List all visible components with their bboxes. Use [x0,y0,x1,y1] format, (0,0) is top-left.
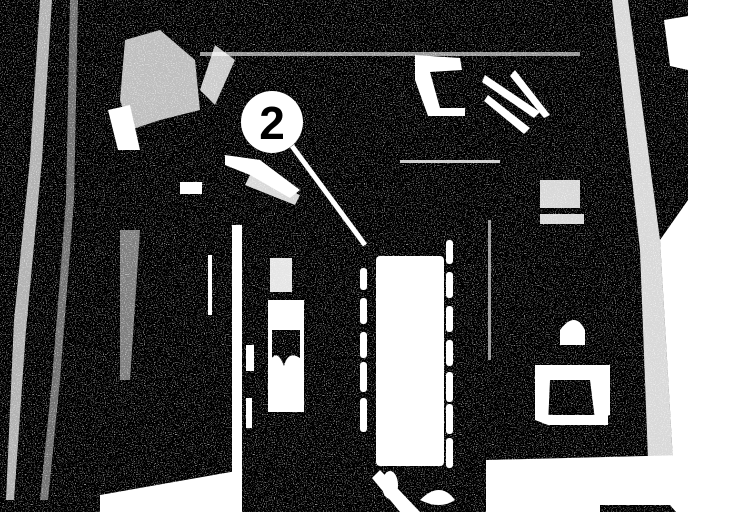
photo: 2 [0,0,736,512]
callout-label: 2 [259,97,285,149]
photo-content [0,0,688,512]
callout-2: 2 [241,91,303,153]
